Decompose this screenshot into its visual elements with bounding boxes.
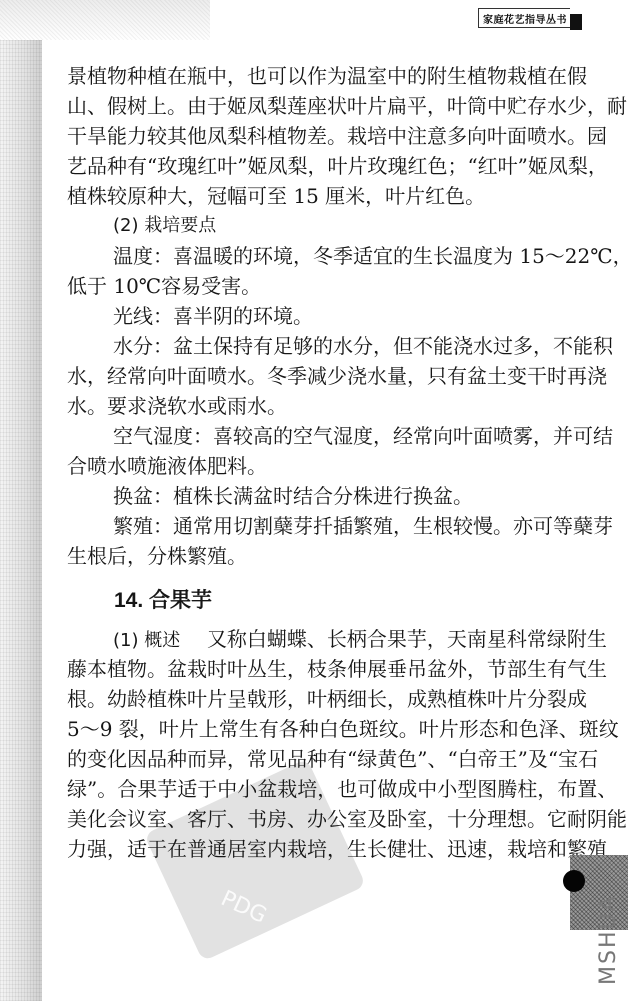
text-line: 藤本植物。盆栽时叶丛生，枝条伸展垂吊盆外，节部生有气生 [67, 654, 553, 684]
text-line: 绿”。合果芋适于中小盆栽培，也可做成中小型图腾柱，布置、 [67, 774, 553, 804]
series-header: 家庭花艺指导丛书 [478, 8, 570, 28]
text-line: 水。要求浇软水或雨水。 [67, 391, 553, 421]
paragraph-continued: 景植物种植在瓶中，也可以作为温室中的附生植物栽植在假 山、假树上。由于姬凤梨莲座… [67, 61, 553, 571]
overview-text: 又称白蝴蝶、长柄合果芋，天南星科常绿附生 [207, 627, 607, 651]
water-line: 水分：盆土保持有足够的水分，但不能浇水过多，不能积 [67, 331, 553, 361]
text-line: 植株较原种大，冠幅可至 15 厘米，叶片红色。 [67, 181, 553, 211]
header-black-tab [570, 14, 582, 30]
text-line: 景植物种植在瓶中，也可以作为温室中的附生植物栽植在假 [67, 61, 553, 91]
text-line: 力强，适于在普通居室内栽培，生长健壮、迅速，栽培和繁殖 [67, 834, 553, 864]
scan-top-noise [0, 0, 210, 40]
text-line: 低于 10℃容易受害。 [67, 271, 553, 301]
side-watermark-text: MSHUA [596, 894, 621, 985]
overview-paragraph: (1) 概述 又称白蝴蝶、长柄合果芋，天南星科常绿附生 藤本植物。盆栽时叶丛生，… [67, 624, 553, 864]
text-line: 生根后，分株繁殖。 [67, 541, 553, 571]
text-line: 的变化因品种而异，常见品种有“绿黄色”、“白帝王”及“宝石 [67, 744, 553, 774]
text-line: 干旱能力较其他凤梨科植物差。栽培中注意多向叶面喷水。园 [67, 121, 553, 151]
text-line: 根。幼龄植株叶片呈戟形，叶柄细长，成熟植株叶片分裂成 [67, 684, 553, 714]
text-line: 艺品种有“玫瑰红叶”姬凤梨，叶片玫瑰红色；“红叶”姬凤梨， [67, 151, 553, 181]
text-line: 水，经常向叶面喷水。冬季减少浇水量，只有盆土变干时再浇 [67, 361, 553, 391]
temperature-line: 温度：喜温暖的环境，冬季适宜的生长温度为 15～22℃， [67, 241, 553, 271]
text-line: 合喷水喷施液体肥料。 [67, 451, 553, 481]
scan-left-margin [0, 0, 42, 1001]
repotting-line: 换盆：植株长满盆时结合分株进行换盆。 [67, 481, 553, 511]
subsection-title: (2) 栽培要点 [67, 211, 553, 241]
propagation-line: 繁殖：通常用切割蘖芽扦插繁殖，生根较慢。亦可等蘖芽 [67, 511, 553, 541]
light-line: 光线：喜半阴的环境。 [67, 301, 553, 331]
text-line: 山、假树上。由于姬凤梨莲座状叶片扁平，叶筒中贮存水少，耐 [67, 91, 553, 121]
overview-label: (1) 概述 [113, 630, 180, 651]
section-heading: 14. 合果芋 [114, 584, 212, 614]
text-line: 美化会议室、客厅、书房、办公室及卧室，十分理想。它耐阴能 [67, 804, 553, 834]
overview-first-line: (1) 概述 又称白蝴蝶、长柄合果芋，天南星科常绿附生 [67, 624, 553, 654]
scan-black-dot [563, 870, 585, 892]
humidity-line: 空气湿度：喜较高的空气湿度，经常向叶面喷雾，并可结 [67, 421, 553, 451]
text-line: 5～9 裂，叶片上常生有各种白色斑纹。叶片形态和色泽、斑纹 [67, 714, 553, 744]
